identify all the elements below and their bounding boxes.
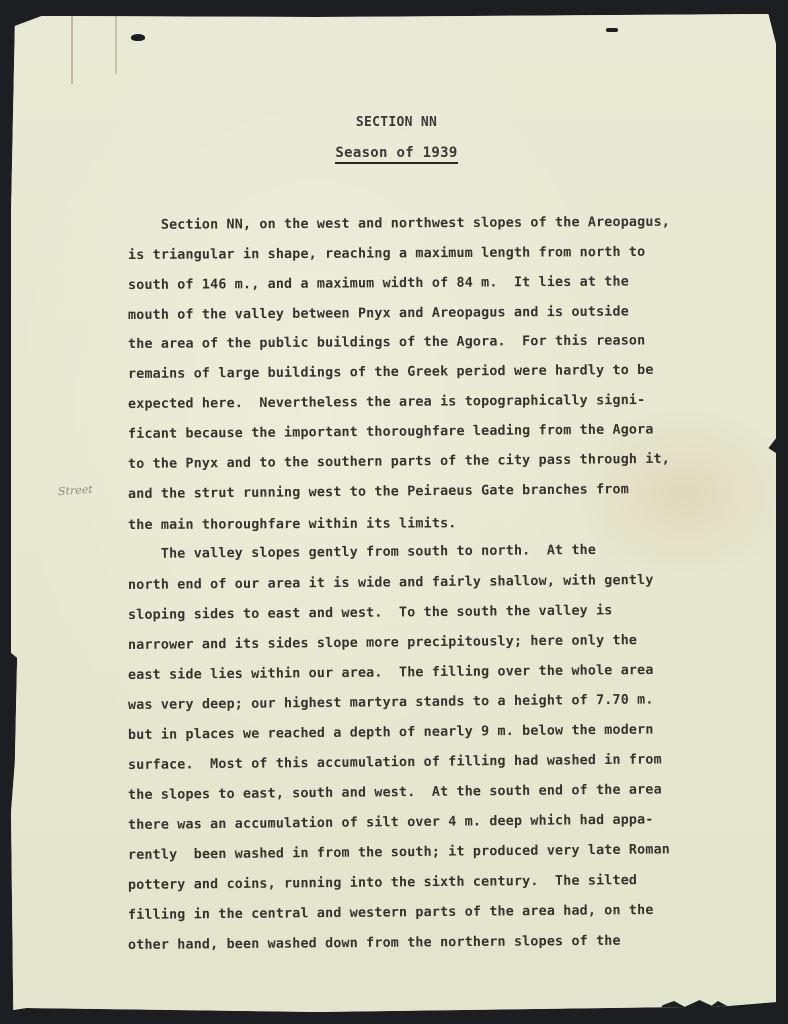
text-line: the main thoroughfare within its limits. [128,516,457,533]
typed-page: SECTION NN Season of 1939 Street Section… [11,14,776,1012]
text-line: is triangular in shape, reaching a maxim… [128,245,645,263]
text-line: Section NN, on the west and northwest sl… [128,215,670,233]
text-line: ficant because the important thoroughfar… [128,422,654,442]
text-line: pottery and coins, running into the sixt… [128,873,637,893]
paper-stain [71,14,73,84]
text-line: other hand, been washed down from the no… [128,934,621,953]
text-line: south of 146 m., and a maximum width of … [128,275,629,293]
text-line: to the Pnyx and to the southern parts of… [128,452,670,472]
text-line: east side lies within our area. The fill… [128,663,654,683]
text-line: surface. Most of this accumulation of fi… [128,752,662,773]
section-heading-text: SECTION NN [356,115,437,130]
text-line: filling in the central and western parts… [128,903,654,923]
punch-hole [131,34,145,41]
text-line: rently been washed in from the south; it… [128,842,670,863]
paper-stain [115,14,117,74]
text-line: north end of our area it is wide and fai… [128,573,654,593]
text-line: was very deep; our highest martyra stand… [128,692,654,713]
margin-annotation: Street [58,483,93,498]
text-line: remains of large buildings of the Greek … [128,363,654,382]
text-line: the slopes to east, south and west. At t… [128,782,662,803]
text-line: The valley slopes gently from south to n… [128,543,596,562]
text-line: and the strut running west to the Peirae… [128,482,629,502]
text-line: sloping sides to east and west. To the s… [128,603,613,623]
season-subheading: Season of 1939 [14,145,779,161]
punch-hole [606,28,618,32]
torn-edge [641,999,751,1019]
text-line: narrower and its sides slope more precip… [128,633,637,653]
season-subheading-text: Season of 1939 [335,145,457,164]
text-line: expected here. Nevertheless the area is … [128,393,645,412]
text-line: but in places we reached a depth of near… [128,722,654,743]
text-line: there was an accumulation of silt over 4… [128,812,654,833]
text-line: the area of the public buildings of the … [128,333,645,352]
section-heading: SECTION NN [14,115,779,130]
text-line: mouth of the valley between Pnyx and Are… [128,305,629,323]
